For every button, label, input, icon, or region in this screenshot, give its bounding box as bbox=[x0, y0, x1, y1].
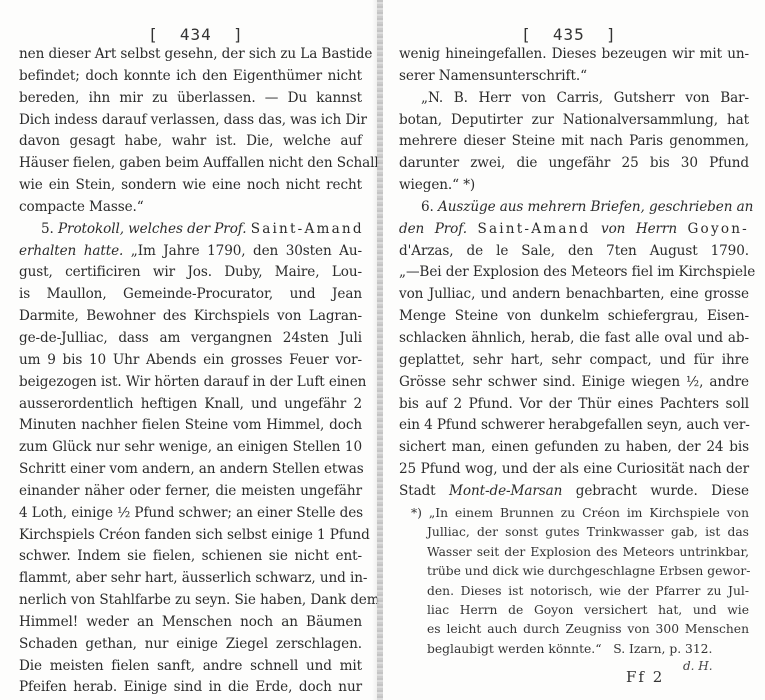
person-name: Saint-Amand bbox=[477, 221, 590, 237]
text-line: Grösse sehr schwer sind. Einige wiegen ½… bbox=[399, 372, 749, 394]
text-line: Darmite, Bewohner des Kirchspiels von La… bbox=[19, 306, 362, 328]
text-line: ausserordentlich heftigen Knall, und ung… bbox=[19, 394, 362, 416]
text-line: serer Namensunterschrift.“ bbox=[399, 66, 749, 88]
section-number: 5. bbox=[41, 221, 54, 237]
text-line: „N. B. Herr von Carris, Gutsherr von Bar… bbox=[399, 88, 749, 110]
text-line: wie ein Stein, sondern wie eine noch nic… bbox=[19, 175, 362, 197]
text-line: Schaden gethan, nur einige Ziegel zersch… bbox=[19, 634, 362, 656]
text-line: ein 4 Pfund schwerer herabgefallen seyn,… bbox=[399, 415, 749, 437]
section-number: 6. bbox=[421, 199, 434, 215]
text-line: mehrere dieser Steine mit nach Paris gen… bbox=[399, 131, 749, 153]
text-line: einander näher oder ferner, die meisten … bbox=[19, 481, 362, 503]
text-line: befindet; doch konnte ich den Eigenthüme… bbox=[19, 66, 362, 88]
footnote-line: es leicht auch durch Zeugniss von 300 Me… bbox=[427, 620, 749, 639]
text-line: sichert man, einen gefunden zu haben, de… bbox=[399, 437, 749, 459]
signature-mark: Ff 2 bbox=[626, 668, 664, 686]
text-line: geplattet, sehr hart, sehr compact, und … bbox=[399, 350, 749, 372]
footnote-signature: d. H. bbox=[683, 659, 713, 673]
place-name: Mont-de-Marsan bbox=[449, 483, 562, 499]
book-spread: [ 434 ] nen dieser Art selbst gesehn, de… bbox=[0, 0, 765, 700]
text-line: Dich indess darauf verlassen, dass das, … bbox=[19, 110, 362, 132]
text-line: botan, Deputirter zur Nationalversammlun… bbox=[399, 110, 749, 132]
text-line: zum Glück nur sehr wenige, an einigen St… bbox=[19, 437, 362, 459]
page-number: [ 434 ] bbox=[148, 25, 244, 44]
text-line: 25 Pfund wog, und der als eine Curiositä… bbox=[399, 459, 749, 481]
text-line: bereden, ihn mir zu überlassen. — Du kan… bbox=[19, 88, 362, 110]
footnote-source: S. Izarn, p. 312. bbox=[613, 642, 712, 656]
left-page-text: nen dieser Art selbst gesehn, der sich z… bbox=[19, 44, 362, 699]
section-heading-6: 6. Auszüge aus mehrern Briefen, geschrie… bbox=[399, 197, 749, 219]
text-line: Menge Steine von dunkelm schiefergrau, E… bbox=[399, 306, 749, 328]
text-line: Kirchspiels Créon fanden sich selbst ein… bbox=[19, 525, 362, 547]
text-line: Pfeifen herab. Einige sind in die Erde, … bbox=[19, 677, 362, 699]
text-line: schlacken ähnlich, herab, die fast alle … bbox=[399, 328, 749, 350]
text-line: erhalten hatte. „Im Jahre 1790, den 30st… bbox=[19, 241, 362, 263]
text-line: darunter zwei, die ungefähr 25 bis 30 Pf… bbox=[399, 153, 749, 175]
section-heading-5: 5. Protokoll, welches der Prof. Saint-Am… bbox=[19, 219, 362, 241]
footnote-line: beglaubigt werden könnte.“ S. Izarn, p. … bbox=[427, 640, 749, 659]
footnote-line: den. Dieses ist notorisch, wie der Pfarr… bbox=[427, 582, 749, 601]
text-line: Schritt einer vom andern, an andern Stel… bbox=[19, 459, 362, 481]
text-line: wiegen.“ *) bbox=[399, 175, 749, 197]
text-line: ge-de-Julliac, dass am vergangnen 24sten… bbox=[19, 328, 362, 350]
person-name: Saint-Amand bbox=[251, 221, 364, 237]
text-line: beigezogen ist. Wir hörten darauf in der… bbox=[19, 372, 362, 394]
text-line: Stadt Mont-de-Marsan gebracht wurde. Die… bbox=[399, 481, 749, 503]
text-line: d'Arzas, de le Sale, den 7ten August 179… bbox=[399, 241, 749, 263]
text-line: von Julliac, und andern benachbarten, ei… bbox=[399, 284, 749, 306]
footnote-line: trübe und dick wie durchgeschlagne Erbse… bbox=[427, 562, 749, 581]
right-page: [ 435 ] wenig hineingefallen. Dieses bez… bbox=[383, 0, 765, 700]
page-number: [ 435 ] bbox=[521, 25, 617, 44]
text-line: gust, certificiren wir Jos. Duby, Maire,… bbox=[19, 262, 362, 284]
section-title: Auszüge aus mehrern Briefen, geschrieben… bbox=[438, 199, 753, 215]
text-line: nerlich von Stahlfarbe zu seyn. Sie habe… bbox=[19, 590, 362, 612]
footnote: *) „In einem Brunnen zu Créon im Kirchsp… bbox=[427, 504, 749, 659]
text-line: Minuten nachher fielen Steine vom Himmel… bbox=[19, 415, 362, 437]
left-page: [ 434 ] nen dieser Art selbst gesehn, de… bbox=[0, 0, 378, 700]
text-line: „—Bei der Explosion des Meteors fiel im … bbox=[399, 262, 749, 284]
footnote-line: liac Herrn de Goyon versichert hat, und … bbox=[427, 601, 749, 620]
text-line: compacte Masse.“ bbox=[19, 197, 362, 219]
text-line: um 9 bis 10 Uhr Abends ein grosses Feuer… bbox=[19, 350, 362, 372]
text-line: Die meisten fielen sanft, andre schnell … bbox=[19, 656, 362, 678]
text-line: 4 Loth, einige ½ Pfund schwer; an einer … bbox=[19, 503, 362, 525]
text-line: wenig hineingefallen. Dieses bezeugen wi… bbox=[399, 44, 749, 66]
person-name: Goyon- bbox=[688, 221, 749, 237]
text-line: nen dieser Art selbst gesehn, der sich z… bbox=[19, 44, 362, 66]
text-line: Himmel! weder an Menschen noch an Bäumen bbox=[19, 612, 362, 634]
section-title: Protokoll, welches der Prof. bbox=[58, 221, 246, 237]
text-line: flammt, aber sehr hart, äusserlich schwa… bbox=[19, 568, 362, 590]
text-line: schwer. Indem sie fielen, schienen sie n… bbox=[19, 546, 362, 568]
text-line: is Maullon, Gemeinde-Procurator, und Jea… bbox=[19, 284, 362, 306]
text-line: Häuser fielen, gaben beim Auffallen nich… bbox=[19, 153, 362, 175]
text-line: den Prof. Saint-Amand von Herrn Goyon- bbox=[399, 219, 749, 241]
footnote-line: *) „In einem Brunnen zu Créon im Kirchsp… bbox=[411, 504, 749, 523]
text-line: bis auf 2 Pfund. Vor der Thür eines Pach… bbox=[399, 394, 749, 416]
section-title-cont: erhalten hatte. bbox=[19, 243, 123, 259]
footnote-line: Wasser seit der Explosion des Meteors un… bbox=[427, 543, 749, 562]
footnote-line: Julliac, der sonst gutes Trinkwasser gab… bbox=[427, 523, 749, 542]
text-line: davon gesagt habe, wahr ist. Die, welche… bbox=[19, 131, 362, 153]
right-page-text: wenig hineingefallen. Dieses bezeugen wi… bbox=[399, 44, 749, 503]
